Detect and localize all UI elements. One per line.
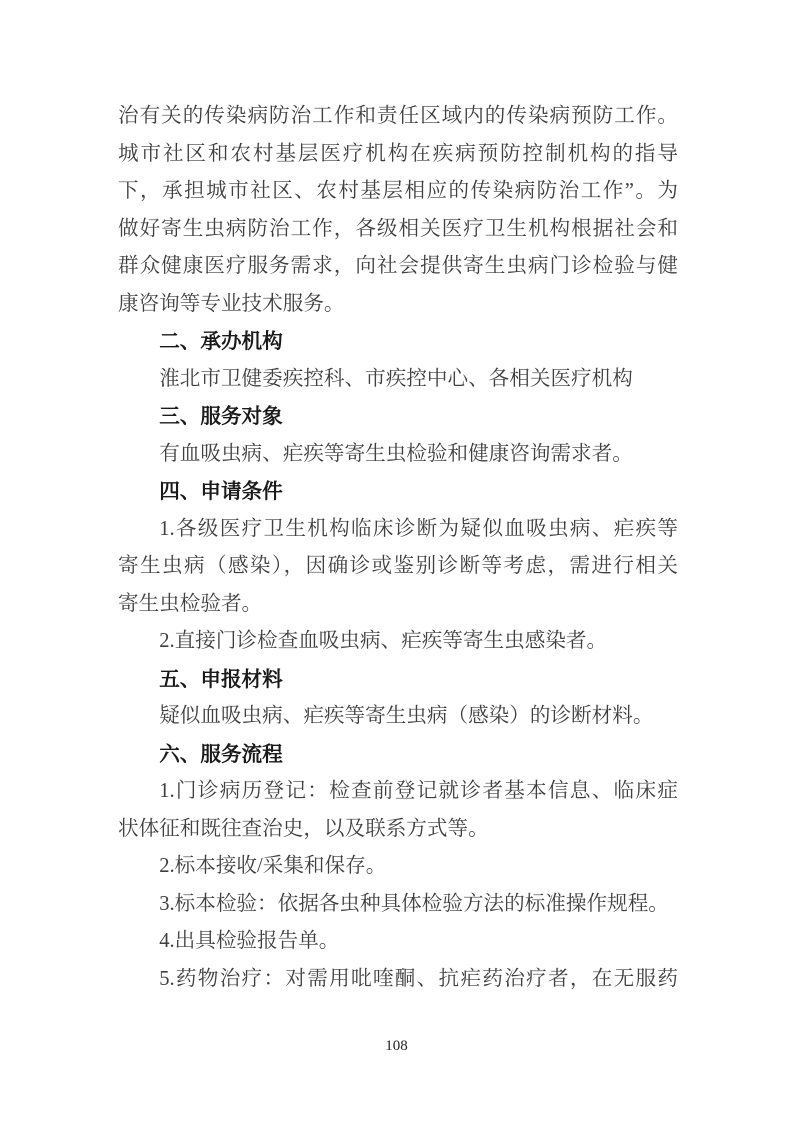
text-line: 5.药物治疗：对需用吡喹酮、抗疟药治疗者，在无服药 xyxy=(118,961,678,999)
section-heading: 四、申请条件 xyxy=(118,473,678,511)
text-line: 群众健康医疗服务需求，向社会提供寄生虫病门诊检验与健 xyxy=(118,248,678,286)
section-heading: 三、服务对象 xyxy=(118,398,678,436)
section-heading: 二、承办机构 xyxy=(118,323,678,361)
text-line: 康咨询等专业技术服务。 xyxy=(118,286,678,324)
text-line: 3.标本检验：依据各虫种具体检验方法的标准操作规程。 xyxy=(118,886,678,924)
text-line: 寄生虫检验者。 xyxy=(118,586,678,624)
text-line: 状体征和既往查治史，以及联系方式等。 xyxy=(118,811,678,849)
page-number: 108 xyxy=(0,1038,793,1055)
section-heading: 五、申报材料 xyxy=(118,661,678,699)
text-line: 1.门诊病历登记：检查前登记就诊者基本信息、临床症 xyxy=(118,773,678,811)
text-line: 下，承担城市社区、农村基层相应的传染病防治工作”。为 xyxy=(118,173,678,211)
text-line: 1.各级医疗卫生机构临床诊断为疑似血吸虫病、疟疾等 xyxy=(118,511,678,549)
text-line: 寄生虫病（感染），因确诊或鉴别诊断等考虑，需进行相关 xyxy=(118,548,678,586)
document-page: 治有关的传染病防治工作和责任区域内的传染病预防工作。 城市社区和农村基层医疗机构… xyxy=(0,0,793,1122)
text-line: 2.标本接收/采集和保存。 xyxy=(118,848,678,886)
text-line: 2.直接门诊检查血吸虫病、疟疾等寄生虫感染者。 xyxy=(118,623,678,661)
text-line: 做好寄生虫病防治工作，各级相关医疗卫生机构根据社会和 xyxy=(118,211,678,249)
document-content: 治有关的传染病防治工作和责任区域内的传染病预防工作。 城市社区和农村基层医疗机构… xyxy=(118,98,678,998)
text-line: 淮北市卫健委疾控科、市疾控中心、各相关医疗机构 xyxy=(118,361,678,399)
text-line: 4.出具检验报告单。 xyxy=(118,923,678,961)
text-line: 城市社区和农村基层医疗机构在疾病预防控制机构的指导 xyxy=(118,136,678,174)
text-line: 治有关的传染病防治工作和责任区域内的传染病预防工作。 xyxy=(118,98,678,136)
text-line: 有血吸虫病、疟疾等寄生虫检验和健康咨询需求者。 xyxy=(118,436,678,474)
text-line: 疑似血吸虫病、疟疾等寄生虫病（感染）的诊断材料。 xyxy=(118,698,678,736)
section-heading: 六、服务流程 xyxy=(118,736,678,774)
